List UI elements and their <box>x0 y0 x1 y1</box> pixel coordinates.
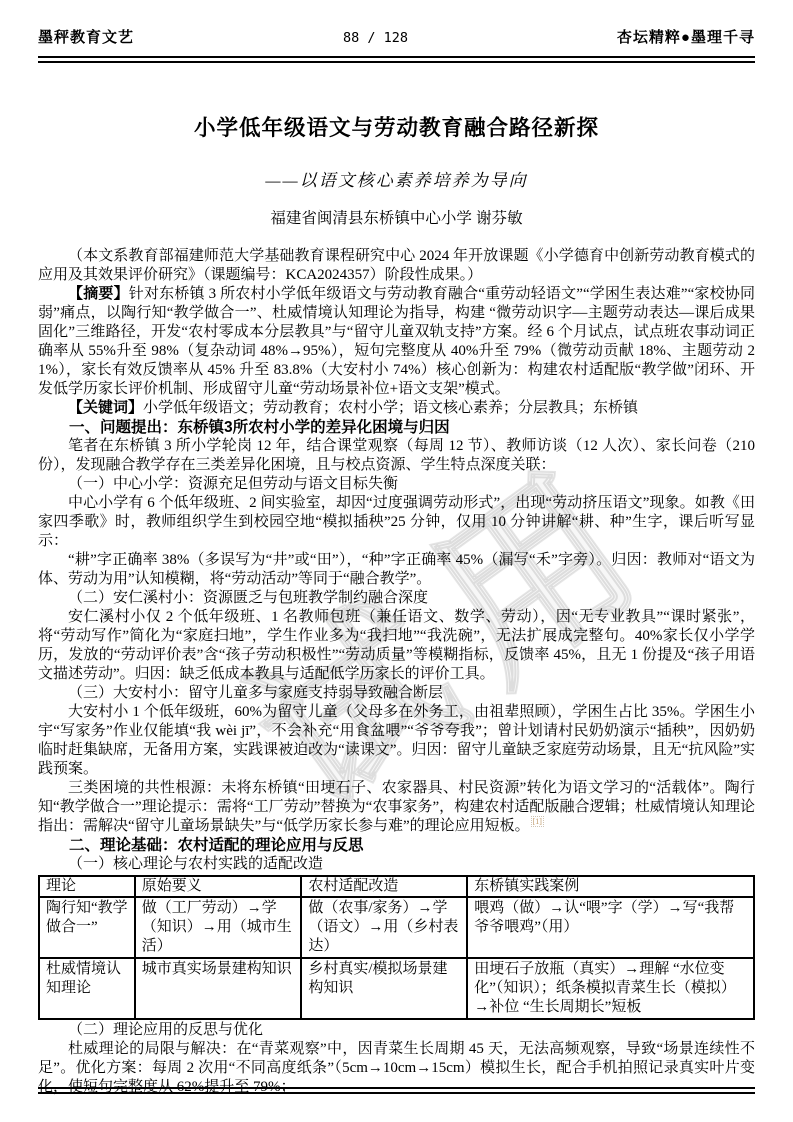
table-row: 陶行知“教学做合一”做（工厂劳动）→学（知识）→用（城市生活）做（农事/家务）→… <box>39 897 754 958</box>
subsection-heading: （二）安仁溪村小：资源匮乏与包班教学制约融合深度 <box>38 589 755 608</box>
paragraph: 【关键词】小学低年级语文；劳动教育；农村小学；语文核心素养；分层教具；东桥镇 <box>38 399 755 418</box>
table-cell: 杜威情境认知理论 <box>39 958 135 1019</box>
table-header-cell: 农村适配改造 <box>301 876 467 897</box>
table-cell: 做（农事/家务）→学（语文）→用（乡村表达） <box>301 897 467 958</box>
table-row: 杜威情境认知理论城市真实场景建构知识乡村真实/模拟场景建构知识田埂石子放瓶（真实… <box>39 958 754 1019</box>
table-header-cell: 理论 <box>39 876 135 897</box>
table-cell: 田埂石子放瓶（真实）→理解 “水位变化”（知识）；纸条模拟青菜生长（模拟）→补位… <box>467 958 754 1019</box>
paragraph: 杜威理论的局限与解决：在“青菜观察”中，因青菜生长周期 45 天，无法高频观察，… <box>38 1040 755 1097</box>
paragraph: 【摘要】针对东桥镇 3 所农村小学低年级语文与劳动教育融合“重劳动轻语文”“学困… <box>38 285 755 399</box>
paragraph: 中心小学有 6 个低年级班、2 间实验室，却因“过度强调劳动形式”，出现“劳动挤… <box>38 494 755 551</box>
section-heading: 一、问题提出：东桥镇3所农村小学的差异化困境与归因 <box>38 418 755 437</box>
subsection-heading: （一）核心理论与农村实践的适配改造 <box>38 855 755 874</box>
table-header-cell: 东桥镇实践案例 <box>467 876 754 897</box>
header-double-rule <box>38 56 755 63</box>
table-cell: 陶行知“教学做合一” <box>39 897 135 958</box>
paragraph: 三类困境的共性根源：未将东桥镇“田埂石子、农家器具、村民资源”转化为语文学习的“… <box>38 779 755 836</box>
table-header-cell: 原始要义 <box>135 876 302 897</box>
table-cell: 做（工厂劳动）→学（知识）→用（城市生活） <box>135 897 302 958</box>
paragraph-label: 【关键词】 <box>68 400 143 416</box>
table-cell: 乡村真实/模拟场景建构知识 <box>301 958 467 1019</box>
paragraph-label: 【摘要】 <box>68 286 129 302</box>
author-affiliation: 福建省闽清县东桥镇中心小学 谢芬敏 <box>38 206 755 228</box>
paragraph: （本文系教育部福建师范大学基础教育课程研究中心 2024 年开放课题《小学德育中… <box>38 247 755 285</box>
page-header: 墨秤教育文艺 88 / 128 杏坛精粹●墨理千寻 <box>38 26 755 47</box>
article-body: （本文系教育部福建师范大学基础教育课程研究中心 2024 年开放课题《小学德育中… <box>38 247 755 1097</box>
paragraph: 大安村小 1 个低年级班，60%为留守儿童（父母多在外务工，由祖辈照顾），学困生… <box>38 703 755 779</box>
column-name: 杏坛精粹●墨理千寻 <box>617 26 755 47</box>
endnote-reference: [1] <box>531 816 544 827</box>
paragraph: 笔者在东桥镇 3 所小学轮岗 12 年，结合课堂观察（每周 12 节）、教师访谈… <box>38 437 755 475</box>
article-title: 小学低年级语文与劳动教育融合路径新探 <box>38 111 755 142</box>
subsection-heading: （二）理论应用的反思与优化 <box>38 1021 755 1040</box>
document-page: 墨秤教育文艺 88 / 128 杏坛精粹●墨理千寻 试用 小学低年级语文与劳动教… <box>0 0 793 1122</box>
table-cell: 喂鸡（做）→认“喂”字（学）→写“我帮爷爷喂鸡”（用） <box>467 897 754 958</box>
article-subtitle: ——以语文核心素养培养为导向 <box>38 166 755 191</box>
subsection-heading: （一）中心小学：资源充足但劳动与语文目标失衡 <box>38 475 755 494</box>
table-header-row: 理论原始要义农村适配改造东桥镇实践案例 <box>39 876 754 897</box>
page-number: 88 / 128 <box>343 30 408 46</box>
paragraph: 安仁溪村小仅 2 个低年级班、1 名教师包班（兼任语文、数学、劳动），因“无专业… <box>38 608 755 684</box>
theory-adaptation-table: 理论原始要义农村适配改造东桥镇实践案例陶行知“教学做合一”做（工厂劳动）→学（知… <box>38 875 755 1020</box>
subsection-heading: （三）大安村小：留守儿童多与家庭支持弱导致融合断层 <box>38 684 755 703</box>
paragraph: “耕”字正确率 38%（多误写为“井”或“田”），“种”字正确率 45%（漏写“… <box>38 551 755 589</box>
table-cell: 城市真实场景建构知识 <box>135 958 302 1019</box>
section-heading: 二、理论基础：农村适配的理论应用与反思 <box>38 836 755 855</box>
journal-name: 墨秤教育文艺 <box>38 26 134 47</box>
